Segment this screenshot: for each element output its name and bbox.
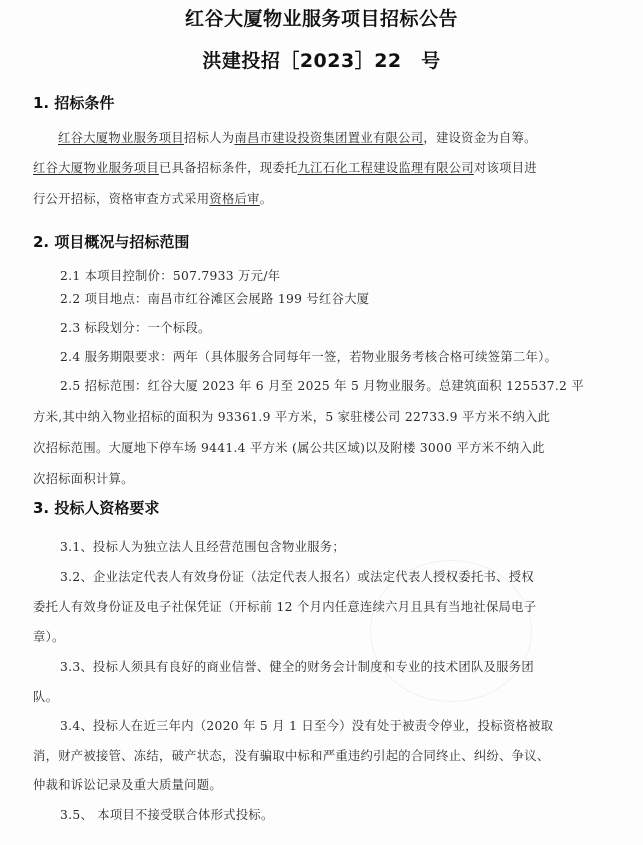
section-heading-1: 1. 招标条件 xyxy=(33,92,114,113)
text-span: 已具备招标条件，现委托 xyxy=(159,161,298,175)
item-3-5: 3.5、 本项目不接受联合体形式投标。 xyxy=(60,805,274,823)
section-heading-3: 3. 投标人资格要求 xyxy=(33,497,159,518)
item-2-5-scope: 2.5 招标范围：红谷大厦 2023 年 6 月至 2025 年 5 月物业服务… xyxy=(60,376,584,394)
agency-name: 九江石化工程建设监理有限公司 xyxy=(298,161,474,175)
section-1-line-3: 行公开招标，资格审查方式采用资格后审。 xyxy=(33,189,272,207)
item-2-5-scope-cont-3: 次招标面积计算。 xyxy=(33,469,134,487)
text-span: 。 xyxy=(260,192,273,206)
item-3-2-cont-1: 委托人有效身份证及电子社保凭证（开标前 12 个月内任意连续六月且具有当地社保局… xyxy=(33,597,536,615)
section-1-line-1: 红谷大厦物业服务项目招标人为南昌市建设投资集团置业有限公司，建设资金为自筹。 xyxy=(58,128,537,146)
project-name-link: 红谷大厦物业服务项目 xyxy=(33,161,159,175)
project-name-link: 红谷大厦物业服务项目 xyxy=(58,131,184,145)
item-2-5-scope-cont-2: 次招标范围。大厦地下停车场 9441.4 平方米 (属公共区域)以及附楼 300… xyxy=(33,438,545,456)
document-title: 红谷大厦物业服务项目招标公告 xyxy=(0,4,643,31)
item-3-2-cont-2: 章）。 xyxy=(33,627,65,645)
item-3-3-cont: 队。 xyxy=(33,687,58,705)
text-span: 招标人为 xyxy=(184,131,234,145)
item-2-2-location: 2.2 项目地点：南昌市红谷滩区会展路 199 号红谷大厦 xyxy=(60,289,369,307)
item-3-4-cont-1: 消，财产被接管、冻结，破产状态，没有骗取中标和严重违约引起的合同终止、纠纷、争议… xyxy=(33,746,549,764)
item-3-3: 3.3、投标人须具有良好的商业信誉、健全的财务会计制度和专业的技术团队及服务团 xyxy=(60,657,534,675)
item-2-1-control-price: 2.1 本项目控制价：507.7933 万元/年 xyxy=(60,266,280,284)
item-2-5-scope-cont-1: 方米,其中纳入物业招标的面积为 93361.9 平方米，5 家驻楼公司 2273… xyxy=(33,407,550,425)
item-2-3-lots: 2.3 标段划分：一个标段。 xyxy=(60,318,211,336)
item-3-1: 3.1、投标人为独立法人且经营范围包含物业服务； xyxy=(60,537,345,555)
document-page: 红谷大厦物业服务项目招标公告 洪建投招［2023］22 号 1. 招标条件 红谷… xyxy=(0,0,643,845)
tenderer-name: 南昌市建设投资集团置业有限公司 xyxy=(234,131,423,145)
text-span: ，建设资金为自筹。 xyxy=(423,131,536,145)
item-3-4: 3.4、投标人在近三年内（2020 年 5 月 1 日至今）没有处于被责令停业，… xyxy=(60,716,553,734)
section-1-line-2: 红谷大厦物业服务项目已具备招标条件，现委托九江石化工程建设监理有限公司对该项目进 xyxy=(33,158,537,176)
item-2-4-service-period: 2.4 服务期限要求：两年（具体服务合同每年一签，若物业服务考核合格可续签第二年… xyxy=(60,347,557,365)
item-3-2: 3.2、企业法定代表人有效身份证（法定代表人报名）或法定代表人授权委托书、授权 xyxy=(60,567,534,585)
section-heading-2: 2. 项目概况与招标范围 xyxy=(33,231,189,252)
document-number: 洪建投招［2023］22 号 xyxy=(0,46,643,73)
item-3-4-cont-2: 仲裁和诉讼记录及重大质量问题。 xyxy=(33,775,222,793)
review-method: 资格后审 xyxy=(209,192,259,206)
text-span: 行公开招标，资格审查方式采用 xyxy=(33,192,209,206)
text-span: 对该项目进 xyxy=(474,161,537,175)
